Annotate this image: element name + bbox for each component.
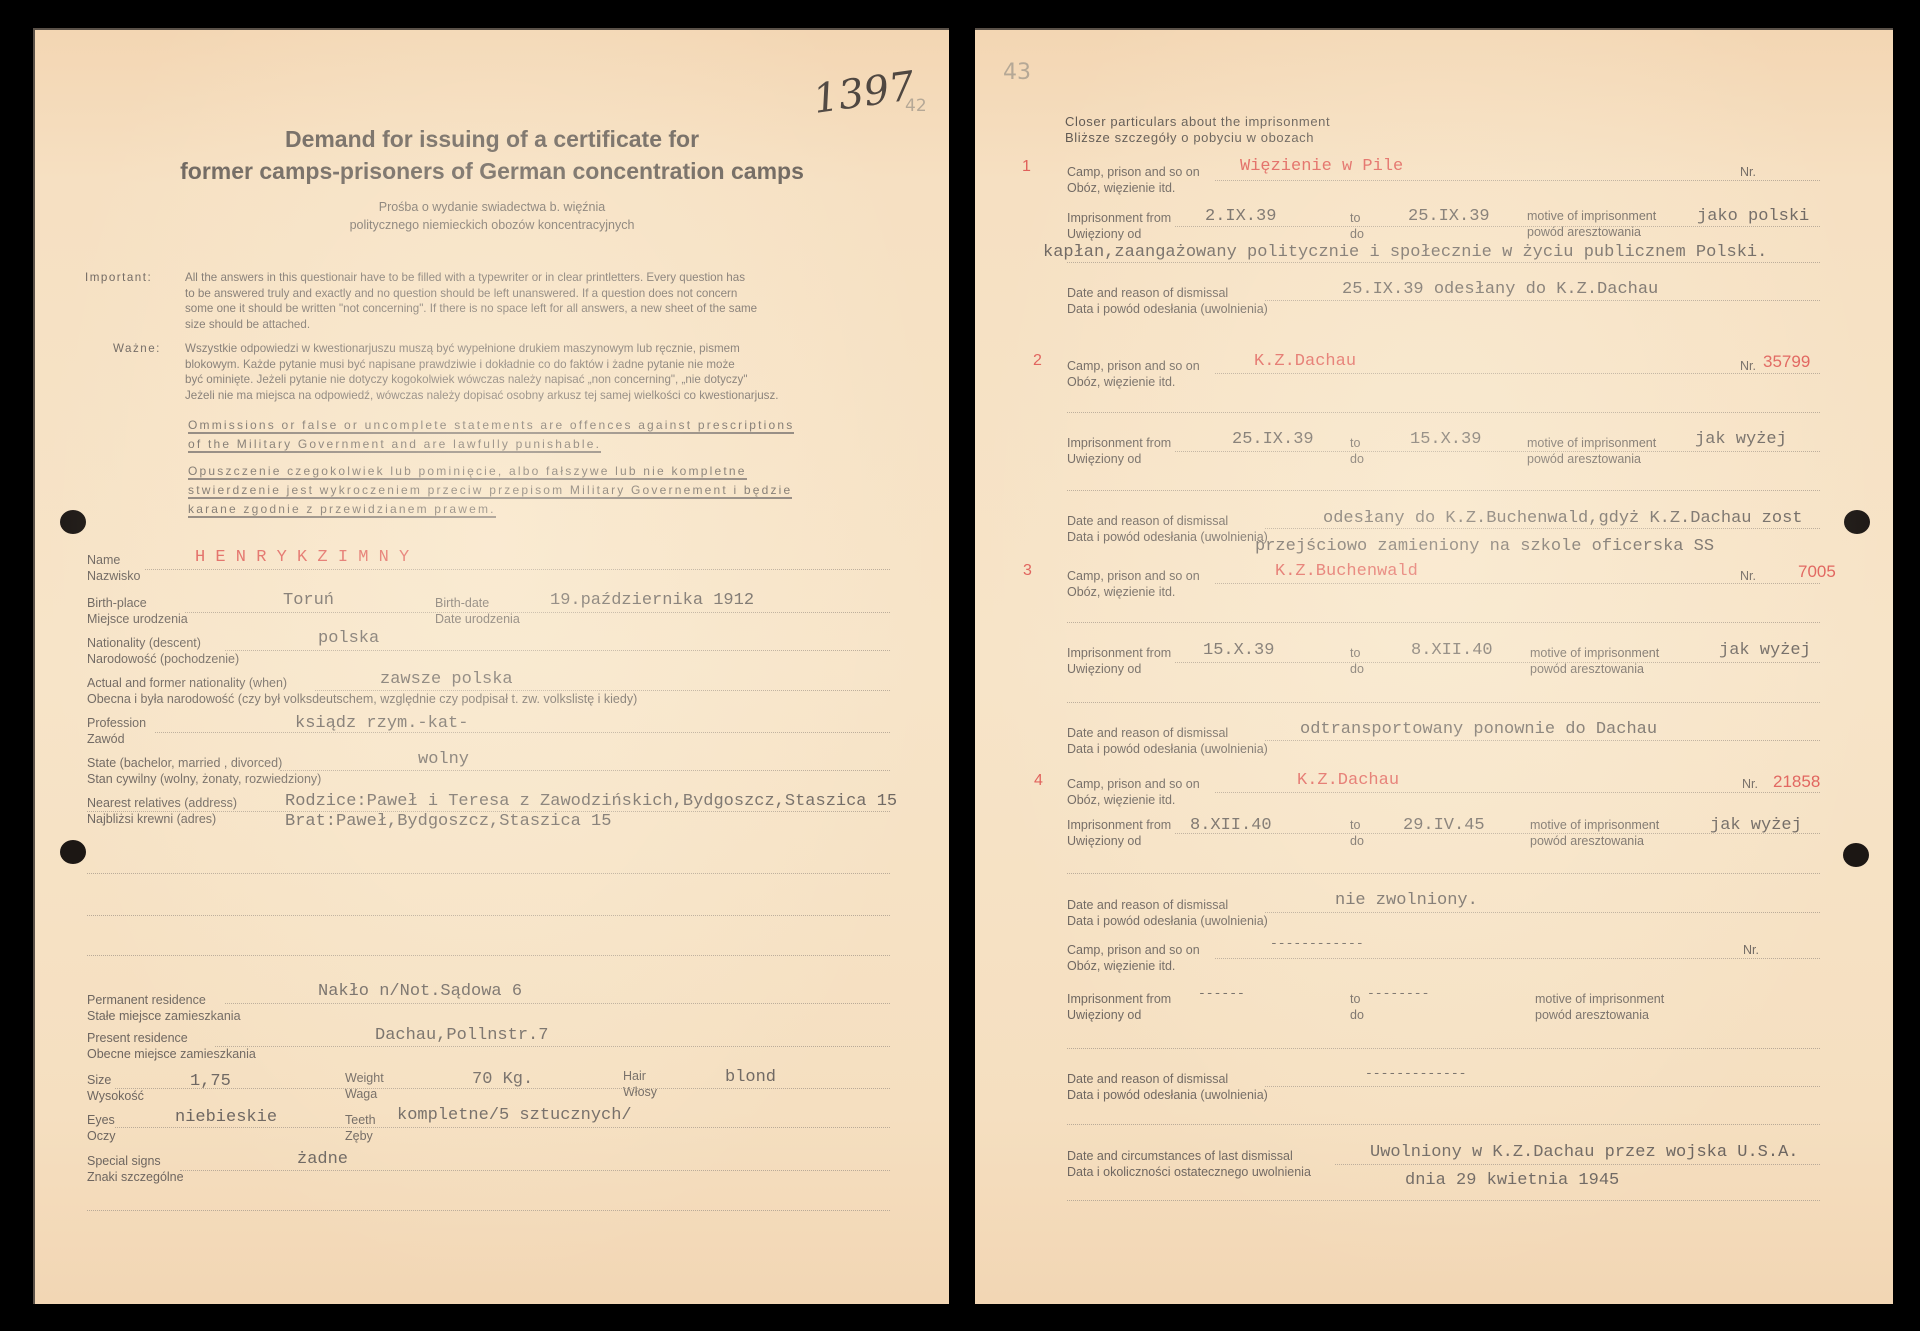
dismissal-label: Date and reason of dismissalData i powód…: [1067, 1071, 1268, 1103]
dismissal-label: Date and reason of dismissalData i powód…: [1067, 513, 1268, 545]
motive-label: motive of imprisonmentpowód aresztowania: [1527, 208, 1656, 240]
birth-date-label: Birth-date Date urodzenia: [435, 595, 520, 627]
eyes-value[interactable]: niebieskie: [175, 1108, 277, 1127]
to-value[interactable]: 15.X.39: [1410, 430, 1481, 449]
entry-index: 4: [1034, 772, 1043, 790]
birth-date-value[interactable]: 19.października 1912: [550, 591, 754, 610]
special-signs-label: Special signs Znaki szczególne: [87, 1153, 184, 1185]
to-label: todo: [1350, 991, 1364, 1023]
camp-label: Camp, prison and so onObóz, więzienie it…: [1067, 776, 1200, 808]
nationality-label: Nationality (descent) Narodowość (pochod…: [87, 635, 239, 667]
motive-label: motive of imprisonmentpowód aresztowania: [1535, 991, 1664, 1023]
punch-hole: [60, 510, 86, 534]
warning-en-line: Ommissions or false or uncomplete statem…: [188, 418, 794, 434]
warning-pl-line: karane zgodnie z przewidzianem prawem.: [188, 502, 496, 518]
form-title-line1: Demand for issuing of a certificate for: [35, 126, 949, 153]
right-page-imprisonment-details: 43 Closer particulars about the imprison…: [975, 28, 1893, 1304]
wazne-line: Jeżeli nie ma miejsca na odpowiedź, wówc…: [185, 388, 885, 404]
entry-index: 2: [1033, 352, 1042, 370]
birth-place-value[interactable]: Toruń: [283, 591, 334, 610]
warning-en-line: of the Military Government and are lawfu…: [188, 437, 601, 453]
name-value[interactable]: H E N R Y K Z I M N Y: [195, 548, 409, 567]
important-line: to be answered truly and exactly and no …: [185, 286, 885, 302]
wazne-line: Wszystkie odpowiedzi w kwestionarjuszu m…: [185, 341, 885, 357]
hair-value[interactable]: blond: [725, 1068, 776, 1087]
left-page-form: 1397 42 Demand for issuing of a certific…: [33, 28, 949, 1304]
civil-state-label: State (bachelor, married , divorced) Sta…: [87, 755, 321, 787]
to-label: todo: [1350, 645, 1364, 677]
camp-value-blank[interactable]: ------------: [1270, 936, 1364, 951]
special-signs-value[interactable]: żadne: [297, 1150, 348, 1169]
from-value-blank[interactable]: ------: [1198, 986, 1245, 1001]
motive-continuation[interactable]: kapłan,zaangażowany politycznie i społec…: [1043, 243, 1767, 262]
present-residence-value[interactable]: Dachau,Pollnstr.7: [375, 1026, 548, 1045]
from-value[interactable]: 15.X.39: [1203, 641, 1274, 660]
imprisonment-from-label: Imprisonment fromUwięziony od: [1067, 817, 1171, 849]
form-title-line2: former camps-prisoners of German concent…: [35, 158, 949, 185]
permanent-residence-label: Permanent residence Stałe miejsce zamies…: [87, 992, 241, 1024]
important-line: All the answers in this questionair have…: [185, 270, 885, 286]
punch-hole: [1843, 843, 1869, 867]
teeth-value[interactable]: kompletne/5 sztucznych/: [397, 1106, 632, 1125]
nr-label: Nr.: [1742, 776, 1758, 792]
birth-place-label: Birth-place Miejsce urodzenia: [87, 595, 188, 627]
warning-pl-line: stwierdzenie jest wykroczeniem przeciw p…: [188, 483, 792, 499]
to-value[interactable]: 25.IX.39: [1408, 207, 1490, 226]
to-value-blank[interactable]: --------: [1367, 986, 1429, 1001]
warning-english: Ommissions or false or uncomplete statem…: [188, 416, 794, 454]
profession-value[interactable]: ksiądz rzym.-kat-: [295, 714, 468, 733]
weight-label: Weight Waga: [345, 1070, 384, 1102]
motive-value[interactable]: jak wyżej: [1695, 430, 1787, 449]
last-dismissal-value-line2[interactable]: dnia 29 kwietnia 1945: [1405, 1171, 1619, 1190]
important-text: All the answers in this questionair have…: [185, 270, 885, 332]
relatives-value-line1[interactable]: Rodzice:Paweł i Teresa z Zawodzińskich,B…: [285, 792, 897, 811]
nationality-value[interactable]: polska: [318, 629, 379, 648]
dismissal-value[interactable]: odesłany do K.Z.Buchenwald,gdyż K.Z.Dach…: [1323, 509, 1802, 528]
last-dismissal-value-line1[interactable]: Uwolniony w K.Z.Dachau przez wojska U.S.…: [1370, 1143, 1798, 1162]
eyes-label: Eyes Oczy: [87, 1112, 115, 1144]
actual-nationality-value[interactable]: zawsze polska: [380, 670, 513, 689]
civil-state-value[interactable]: wolny: [418, 750, 469, 769]
to-value[interactable]: 8.XII.40: [1411, 641, 1493, 660]
form-subtitle-line2: politycznego niemieckich obozów koncentr…: [35, 218, 949, 232]
nr-label: Nr.: [1740, 164, 1756, 180]
camp-label: Camp, prison and so onObóz, więzienie it…: [1067, 568, 1200, 600]
weight-value[interactable]: 70 Kg.: [472, 1070, 533, 1089]
imprisonment-from-label: Imprisonment fromUwięziony od: [1067, 991, 1171, 1023]
prisoner-number[interactable]: 7005: [1798, 562, 1836, 582]
warning-pl-line: Opuszczenie czegokolwiek lub pominięcie,…: [188, 464, 747, 480]
important-line: size should be attached.: [185, 317, 885, 333]
nr-label: Nr.: [1740, 358, 1756, 374]
warning-polish: Opuszczenie czegokolwiek lub pominięcie,…: [188, 462, 792, 519]
camp-value[interactable]: K.Z.Dachau: [1254, 352, 1356, 371]
entry-index: 3: [1023, 562, 1032, 580]
nr-label: Nr.: [1743, 942, 1759, 958]
important-line: some one it should be written "not conce…: [185, 301, 885, 317]
motive-label: motive of imprisonmentpowód aresztowania: [1530, 645, 1659, 677]
section-heading-pl: Bliższe szczegóły o pobyciu w obozach: [1065, 130, 1330, 146]
important-label: Important:: [85, 270, 152, 286]
dismissal-label: Date and reason of dismissalData i powód…: [1067, 897, 1268, 929]
camp-label: Camp, prison and so onObóz, więzienie it…: [1067, 164, 1200, 196]
entry-index: 1: [1022, 158, 1031, 176]
prisoner-number[interactable]: 21858: [1773, 772, 1820, 792]
camp-label: Camp, prison and so onObóz, więzienie it…: [1067, 942, 1200, 974]
wazne-line: blokowym. Każde pytanie musi być napisan…: [185, 357, 885, 373]
motive-value[interactable]: jako polski: [1697, 207, 1809, 226]
dismissal-label: Date and reason of dismissalData i powód…: [1067, 725, 1268, 757]
relatives-value-line2[interactable]: Brat:Paweł,Bydgoszcz,Staszica 15: [285, 812, 611, 831]
wazne-line: być ominięte. Jeżeli pytanie nie dotyczy…: [185, 372, 885, 388]
camp-value[interactable]: K.Z.Dachau: [1297, 771, 1399, 790]
imprisonment-from-label: Imprisonment fromUwięziony od: [1067, 645, 1171, 677]
dismissal-value[interactable]: nie zwolniony.: [1335, 891, 1478, 910]
handwritten-file-number: 1397: [810, 63, 917, 123]
camp-label: Camp, prison and so onObóz, więzienie it…: [1067, 358, 1200, 390]
dismissal-value-blank[interactable]: -------------: [1365, 1066, 1466, 1081]
dismissal-value[interactable]: 25.IX.39 odesłany do K.Z.Dachau: [1342, 280, 1658, 299]
wazne-text: Wszystkie odpowiedzi w kwestionarjuszu m…: [185, 341, 885, 403]
punch-hole: [1844, 510, 1870, 534]
punch-hole: [60, 840, 86, 864]
last-dismissal-label: Date and circumstances of last dismissal…: [1067, 1148, 1311, 1180]
camp-value[interactable]: K.Z.Buchenwald: [1275, 562, 1418, 581]
hair-label: Hair Włosy: [623, 1068, 657, 1100]
imprisonment-from-label: Imprisonment fromUwięziony od: [1067, 435, 1171, 467]
actual-nationality-label: Actual and former nationality (when) Obe…: [87, 675, 637, 707]
permanent-residence-value[interactable]: Nakło n/Not.Sądowa 6: [318, 982, 522, 1001]
motive-value[interactable]: jak wyżej: [1719, 641, 1811, 660]
form-subtitle-line1: Prośba o wydanie swiadectwa b. więźnia: [35, 200, 949, 214]
pencil-page-number: 42: [905, 96, 927, 116]
teeth-label: Teeth Zęby: [345, 1112, 376, 1144]
prisoner-number[interactable]: 35799: [1763, 352, 1810, 372]
from-value[interactable]: 25.IX.39: [1232, 430, 1314, 449]
section-heading-en: Closer particulars about the imprisonmen…: [1065, 114, 1330, 130]
name-label: Name Nazwisko: [87, 552, 141, 584]
camp-value[interactable]: Więzienie w Pile: [1240, 157, 1403, 176]
from-value[interactable]: 2.IX.39: [1205, 207, 1276, 226]
dismissal-value[interactable]: odtransportowany ponownie do Dachau: [1300, 720, 1657, 739]
nr-label: Nr.: [1740, 568, 1756, 584]
pencil-page-number: 43: [1003, 60, 1031, 85]
wazne-label: Ważne:: [113, 341, 161, 357]
imprisonment-from-label: Imprisonment fromUwięziony od: [1067, 210, 1171, 242]
dismissal-label: Date and reason of dismissalData i powód…: [1067, 285, 1268, 317]
profession-label: Profession Zawód: [87, 715, 146, 747]
section-heading: Closer particulars about the imprisonmen…: [1065, 114, 1330, 146]
dismissal-continuation[interactable]: przejściowo zamieniony na szkole oficers…: [1255, 537, 1714, 556]
